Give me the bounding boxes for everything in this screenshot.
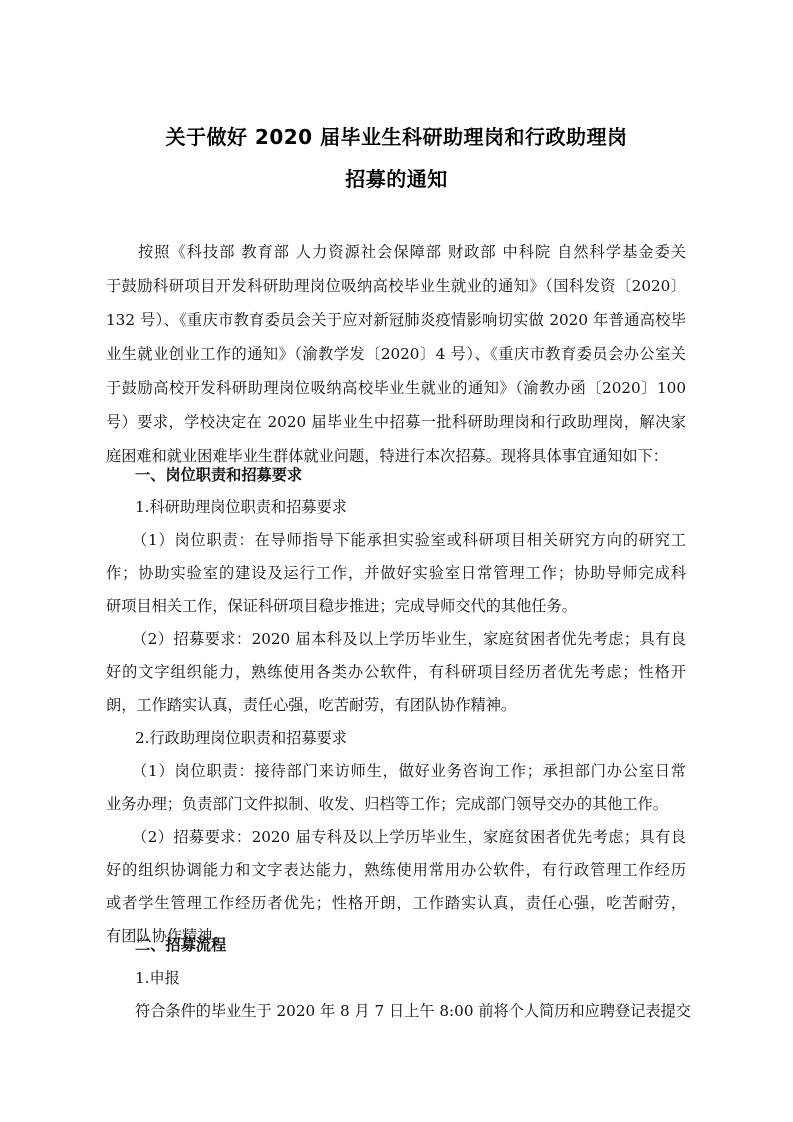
intro-line: 132 号）、《重庆市教育委员会关于应对新冠肺炎疫情影响切实做 2020 年普通… [106,310,686,330]
intro-line: 号）要求，学校决定在 2020 届毕业生中招募一批科研助理岗和行政助理岗，解决家 [106,412,686,432]
duty-line: （1）岗位职责：接待部门来访师生，做好业务咨询工作；承担部门办公室日常 [132,761,686,781]
document-title-line-2: 招募的通知 [0,163,793,192]
duty-line: 研项目相关工作，保证科研项目稳步推进；完成导师交代的其他任务。 [106,596,686,616]
document-page: 关于做好 2020 届毕业生科研助理岗和行政助理岗 招募的通知 按照《科技部 教… [0,0,793,1122]
duty-line: 作；协助实验室的建设及运行工作，并做好实验室日常管理工作；协助导师完成科 [106,563,686,583]
intro-line: 按照《科技部 教育部 人力资源社会保障部 财政部 中科院 自然科学基金委关 [138,242,686,262]
duty-line: 业务办理；负责部门文件拟制、收发、归档等工作；完成部门领导交办的其他工作。 [106,794,686,814]
subsection-heading-1-1: 1.科研助理岗位职责和招募要求 [135,497,715,517]
subsection-heading-2-1: 1.申报 [135,968,715,988]
subsection-heading-1-2: 2.行政助理岗位职责和招募要求 [135,728,715,748]
requirement-line: （2）招募要求：2020 届本科及以上学历毕业生，家庭贫困者优先考虑；具有良 [132,629,686,649]
section-heading-1: 一、岗位职责和招募要求 [135,465,715,485]
section-heading-2: 二、招募流程 [135,935,715,955]
intro-line: 于鼓励高校开发科研助理岗位吸纳高校毕业生就业的通知》（渝教办函〔2020〕100 [106,378,686,398]
requirement-line: 或者学生管理工作经历者优先；性格开朗，工作踏实认真，责任心强，吃苦耐劳， [106,893,686,913]
requirement-line: 朗，工作踏实认真，责任心强，吃苦耐劳，有团队协作精神。 [106,695,686,715]
duty-line: （1）岗位职责：在导师指导下能承担实验室或科研项目相关研究方向的研究工 [132,530,686,550]
requirement-line: 好的文字组织能力，熟练使用各类办公软件，有科研项目经历者优先考虑；性格开 [106,662,686,682]
document-title-line-1: 关于做好 2020 届毕业生科研助理岗和行政助理岗 [0,121,793,150]
requirement-line: （2）招募要求：2020 届专科及以上学历毕业生，家庭贫困者优先考虑；具有良 [132,827,686,847]
intro-line: 庭困难和就业困难毕业生群体就业问题，特进行本次招募。现将具体事宜通知如下： [106,446,686,466]
intro-line: 于鼓励科研项目开发科研助理岗位吸纳高校毕业生就业的通知》（国科发资〔2020〕 [106,276,686,296]
body-line: 符合条件的毕业生于 2020 年 8 月 7 日上午 8:00 前将个人简历和应… [135,1001,686,1021]
requirement-line: 好的组织协调能力和文字表达能力，熟练使用常用办公软件，有行政管理工作经历 [106,860,686,880]
intro-line: 业生就业创业工作的通知》（渝教学发〔2020〕4 号）、《重庆市教育委员会办公室… [106,344,686,364]
